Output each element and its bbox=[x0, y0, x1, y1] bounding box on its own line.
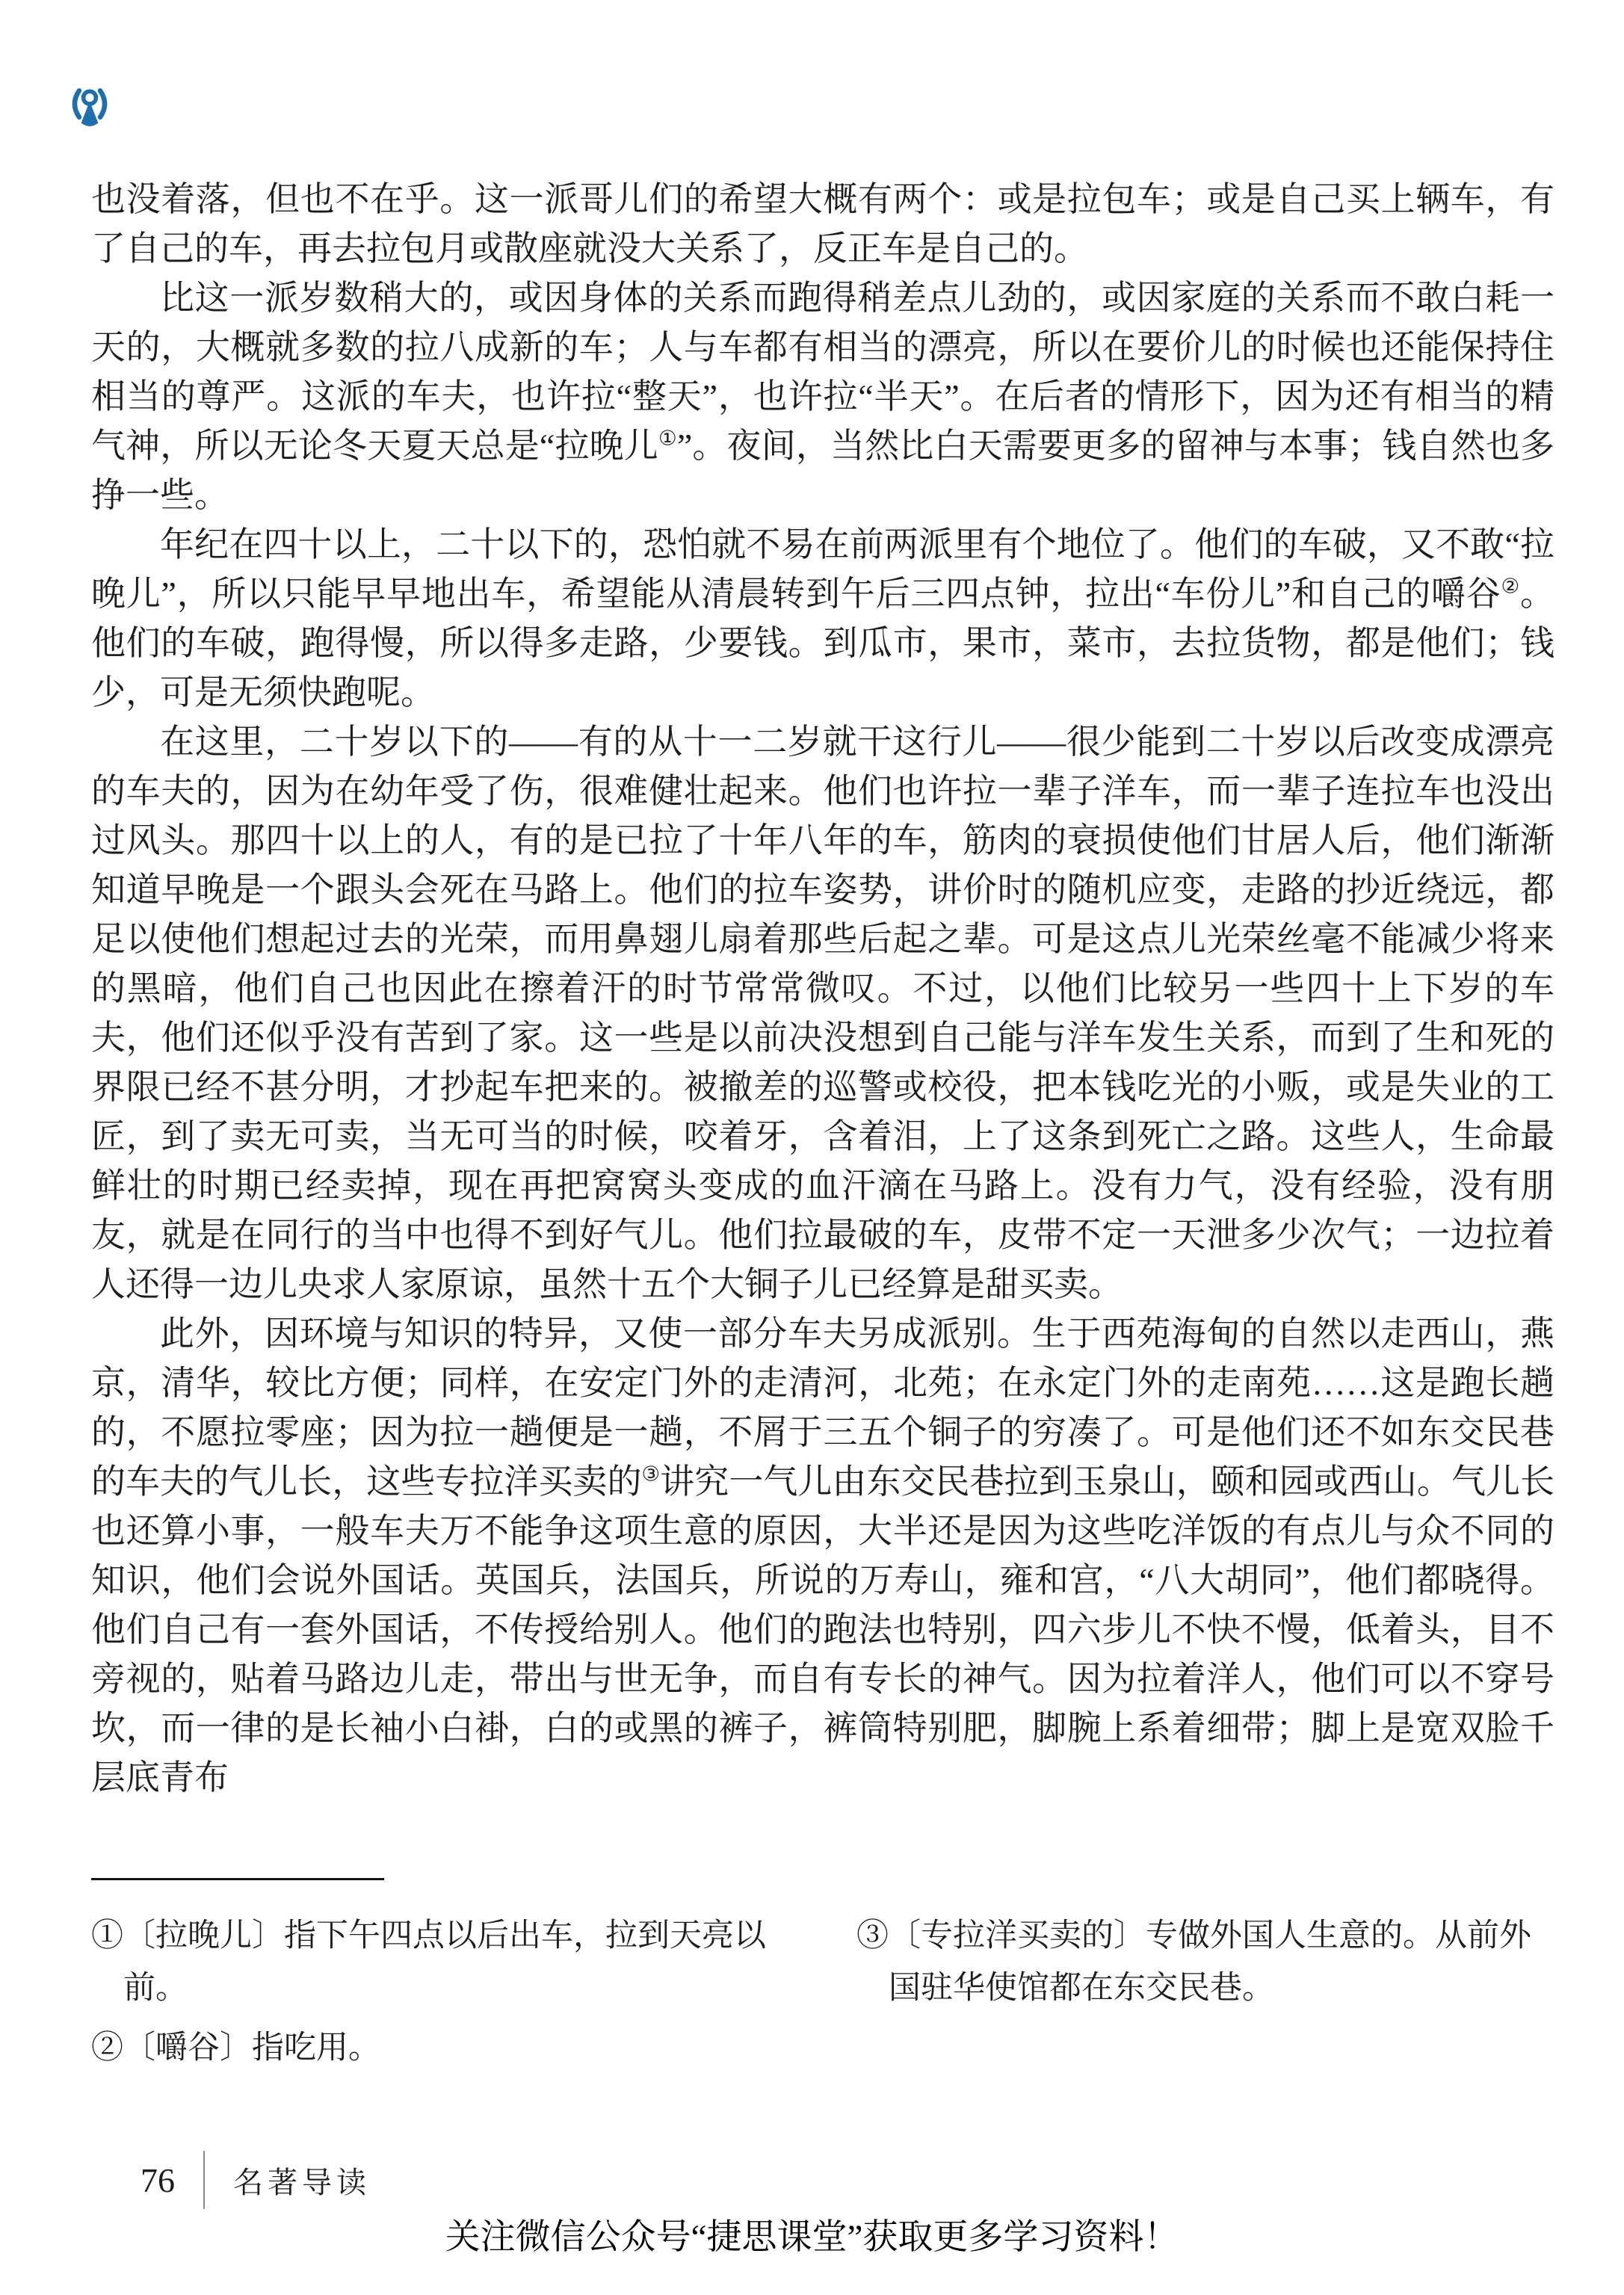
paragraph: 也没着落，但也不在乎。这一派哥儿们的希望大概有两个：或是拉包车；或是自己买上辆车… bbox=[91, 175, 1554, 274]
book-page: 也没着落，但也不在乎。这一派哥儿们的希望大概有两个：或是拉包车；或是自己买上辆车… bbox=[0, 0, 1624, 2295]
footnotes-right-column: ③〔专拉洋买卖的〕专做外国人生意的。从前外国驻华使馆都在东交民巷。 bbox=[856, 1910, 1554, 2082]
footnote-item: ②〔嚼谷〕指吃用。 bbox=[91, 2022, 789, 2075]
footnote-divider bbox=[91, 1878, 384, 1880]
footnote-marker: ② bbox=[1501, 575, 1520, 598]
watermark-text: 关注微信公众号“捷思课堂”获取更多学习资料！ bbox=[0, 2209, 1624, 2259]
page-number: 76 bbox=[141, 2160, 175, 2200]
footnotes-left-column: ①〔拉晚儿〕指下午四点以后出车，拉到天亮以前。②〔嚼谷〕指吃用。 bbox=[91, 1910, 789, 2082]
footnotes: ①〔拉晚儿〕指下午四点以后出车，拉到天亮以前。②〔嚼谷〕指吃用。 ③〔专拉洋买卖… bbox=[91, 1910, 1554, 2082]
paragraph: 年纪在四十以上，二十以下的，恐怕就不易在前两派里有个地位了。他们的车破，又不敢“… bbox=[91, 520, 1554, 717]
section-title: 名著导读 bbox=[233, 2159, 371, 2202]
publisher-logo bbox=[69, 81, 111, 129]
footnote-marker: ③ bbox=[641, 1462, 660, 1486]
body-text: 也没着落，但也不在乎。这一派哥儿们的希望大概有两个：或是拉包车；或是自己买上辆车… bbox=[91, 175, 1554, 1803]
page-footer: 76 名著导读 bbox=[141, 2151, 371, 2209]
footnote-marker: ① bbox=[658, 427, 677, 450]
footnote-item: ①〔拉晚儿〕指下午四点以后出车，拉到天亮以前。 bbox=[91, 1910, 789, 2015]
paragraph: 此外，因环境与知识的特异，又使一部分车夫另成派别。生于西苑海甸的自然以走西山，燕… bbox=[91, 1309, 1554, 1803]
paragraph: 在这里，二十岁以下的——有的从十一二岁就干这行儿——很少能到二十岁以后改变成漂亮… bbox=[91, 717, 1554, 1309]
footer-divider bbox=[203, 2151, 205, 2209]
paragraph: 比这一派岁数稍大的，或因身体的关系而跑得稍差点儿劲的，或因家庭的关系而不敢白耗一… bbox=[91, 274, 1554, 520]
footnote-item: ③〔专拉洋买卖的〕专做外国人生意的。从前外国驻华使馆都在东交民巷。 bbox=[856, 1910, 1554, 2015]
person-broadcast-icon bbox=[69, 81, 111, 129]
